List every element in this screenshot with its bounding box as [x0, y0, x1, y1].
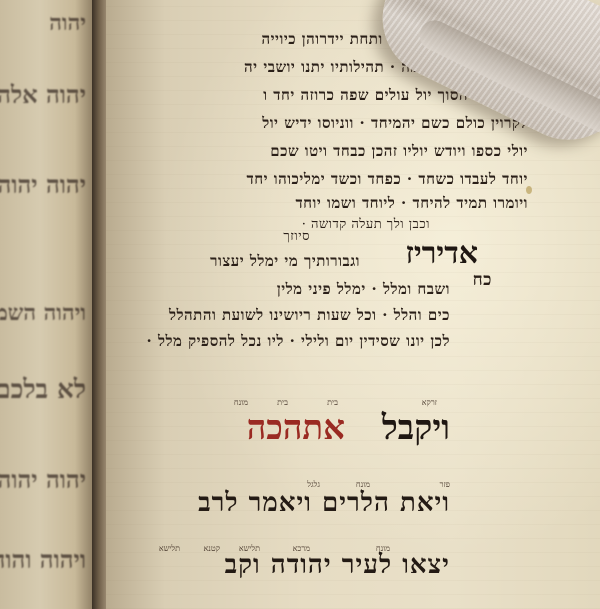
commentary-line: לקרוין כולם כשם יהמיחד · ווניוסו ידיש יו…	[262, 114, 528, 133]
manuscript-photo: יהוה יהוה אלהים יהוה יהוה ויהוה השמיו לא…	[0, 0, 600, 609]
initial-word: אדיריז	[405, 236, 478, 271]
left-page-line: יהוה אלהים	[0, 80, 86, 110]
cantillation-accent: קטנא	[203, 544, 220, 553]
verse-line: יצאו לעיר יהודה וקב	[225, 550, 450, 580]
parchment-stain	[526, 186, 532, 194]
cantillation-accent: בית	[277, 398, 288, 407]
marginal-word: סיוזך	[283, 228, 310, 244]
left-page: יהוה יהוה אלהים יהוה יהוה ויהוה השמיו לא…	[0, 0, 100, 609]
commentary-line: ויומרו תמיד להיחד · ליוחד ושמו יוחד	[295, 194, 528, 213]
cantillation-accent: בית	[327, 398, 338, 407]
cantillation-accent: מונח	[234, 398, 248, 407]
rubric-black-word: ויקבל	[382, 408, 450, 448]
cantillation-accent: זרקא	[422, 398, 437, 407]
commentary-line: יולי כספו ויודש יוליו זהכן כבחד ויטו שכם	[270, 142, 528, 161]
initial-line: וגבורותיך מי ימלל יעצור	[210, 252, 360, 271]
commentary-line: יוחד לעבדו כשחד · כפחד וכשד ימליכוהו יחד	[247, 170, 529, 189]
verse-line: ויאת הלרים ויאמר לרב	[198, 488, 450, 518]
left-page-line: יהוה יהוה	[0, 170, 86, 200]
body-line: ושבח ומלל · ימלל פיני מלין	[277, 280, 450, 299]
cantillation-accent: תלישא	[159, 544, 180, 553]
left-page-line: ויהוה והוה	[0, 545, 86, 575]
side-word: כח	[473, 270, 492, 290]
left-page-line: ויהוה השמיו	[0, 300, 86, 326]
body-line: כים והלל · וכל שעות ריושינו לשועת והתהלל	[169, 306, 450, 325]
left-page-line: לא בלכם	[0, 375, 86, 405]
section-note: וכבן ולך תעלה קדושה ·	[302, 216, 430, 232]
left-page-line: יהוה יהוה אש	[0, 465, 86, 495]
body-line: לכן יונו שסידין יום ולילי · ליו נכל להספ…	[147, 332, 451, 351]
rubric-red-word: אתהכה	[247, 408, 345, 448]
left-page-line: יהוה	[49, 10, 86, 36]
